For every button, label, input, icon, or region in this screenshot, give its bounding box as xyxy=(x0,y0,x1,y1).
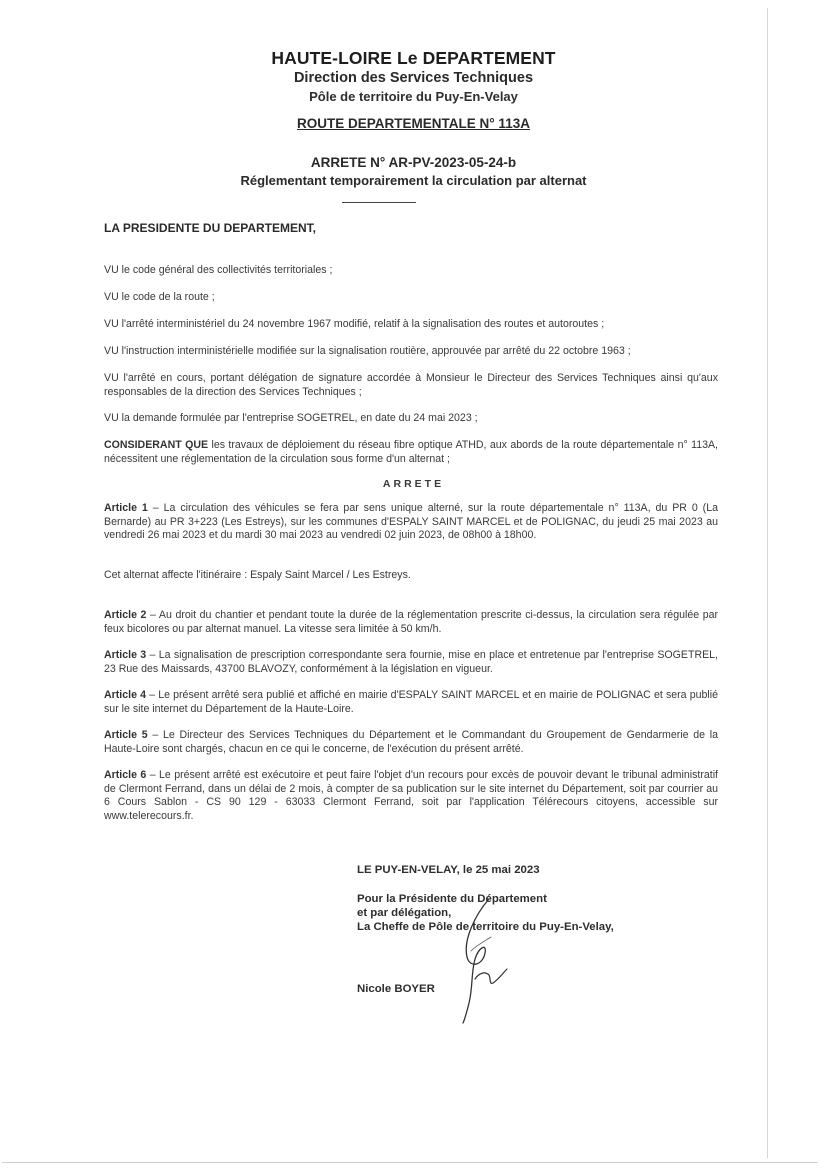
organization-title: HAUTE-LOIRE Le DEPARTEMENT xyxy=(0,48,827,69)
visa-paragraph: VU la demande formulée par l'entreprise … xyxy=(104,412,718,426)
visa-paragraph: VU l'arrêté interministériel du 24 novem… xyxy=(104,318,718,332)
article-paragraph: Article 2 – Au droit du chantier et pend… xyxy=(104,609,718,636)
article-text: – Le présent arrêté sera publié et affic… xyxy=(104,689,718,715)
handwritten-signature-icon xyxy=(445,895,515,1025)
visa-paragraph: VU l'instruction interministérielle modi… xyxy=(104,345,718,359)
arrete-number: ARRETE N° AR-PV-2023-05-24-b xyxy=(0,155,827,170)
article-lead: Article 5 xyxy=(104,729,148,741)
article-text: – Le présent arrêté est exécutoire et pe… xyxy=(104,769,718,822)
article-lead: Article 1 xyxy=(104,502,148,514)
article-text: – Le Directeur des Services Techniques d… xyxy=(104,729,718,755)
signatory-name: Nicole BOYER xyxy=(357,983,435,997)
article-text: – La circulation des véhicules se fera p… xyxy=(104,502,718,541)
pole-title: Pôle de territoire du Puy-En-Velay xyxy=(0,89,827,104)
article-text: Cet alternat affecte l'itinéraire : Espa… xyxy=(104,569,411,581)
article-paragraph: Article 3 – La signalisation de prescrip… xyxy=(104,649,718,676)
header-divider xyxy=(342,202,416,203)
article-lead: Article 6 xyxy=(104,769,146,781)
arrete-subject: Réglementant temporairement la circulati… xyxy=(0,173,827,188)
article-lead: Article 4 xyxy=(104,689,146,701)
direction-title: Direction des Services Techniques xyxy=(0,70,827,86)
arrete-heading: ARRETE xyxy=(0,478,827,490)
considerant-lead: CONSIDERANT QUE xyxy=(104,439,208,451)
article-text: – Au droit du chantier et pendant toute … xyxy=(104,609,718,635)
considerant-paragraph: CONSIDERANT QUE les travaux de déploieme… xyxy=(104,439,718,466)
article-text: – La signalisation de prescription corre… xyxy=(104,649,718,675)
signature-place-date: LE PUY-EN-VELAY, le 25 mai 2023 xyxy=(357,864,540,878)
article-paragraph: Article 1 – La circulation des véhicules… xyxy=(104,502,718,543)
visa-paragraph: VU l'arrêté en cours, portant délégation… xyxy=(104,372,718,399)
visa-paragraph: VU le code général des collectivités ter… xyxy=(104,264,718,278)
signature-line-2: et par délégation, xyxy=(357,907,451,921)
article-lead: Article 2 xyxy=(104,609,146,621)
article-paragraph: Article 5 – Le Directeur des Services Te… xyxy=(104,729,718,756)
article-lead: Article 3 xyxy=(104,649,146,661)
article-paragraph: Cet alternat affecte l'itinéraire : Espa… xyxy=(104,569,718,583)
route-title: ROUTE DEPARTEMENTALE N° 113A xyxy=(0,116,827,131)
article-paragraph: Article 4 – Le présent arrêté sera publi… xyxy=(104,689,718,716)
article-paragraph: Article 6 – Le présent arrêté est exécut… xyxy=(104,769,718,823)
visa-paragraph: VU le code de la route ; xyxy=(104,291,718,305)
page-edge-bottom xyxy=(2,1162,818,1163)
authority-heading: LA PRESIDENTE DU DEPARTEMENT, xyxy=(104,221,316,235)
